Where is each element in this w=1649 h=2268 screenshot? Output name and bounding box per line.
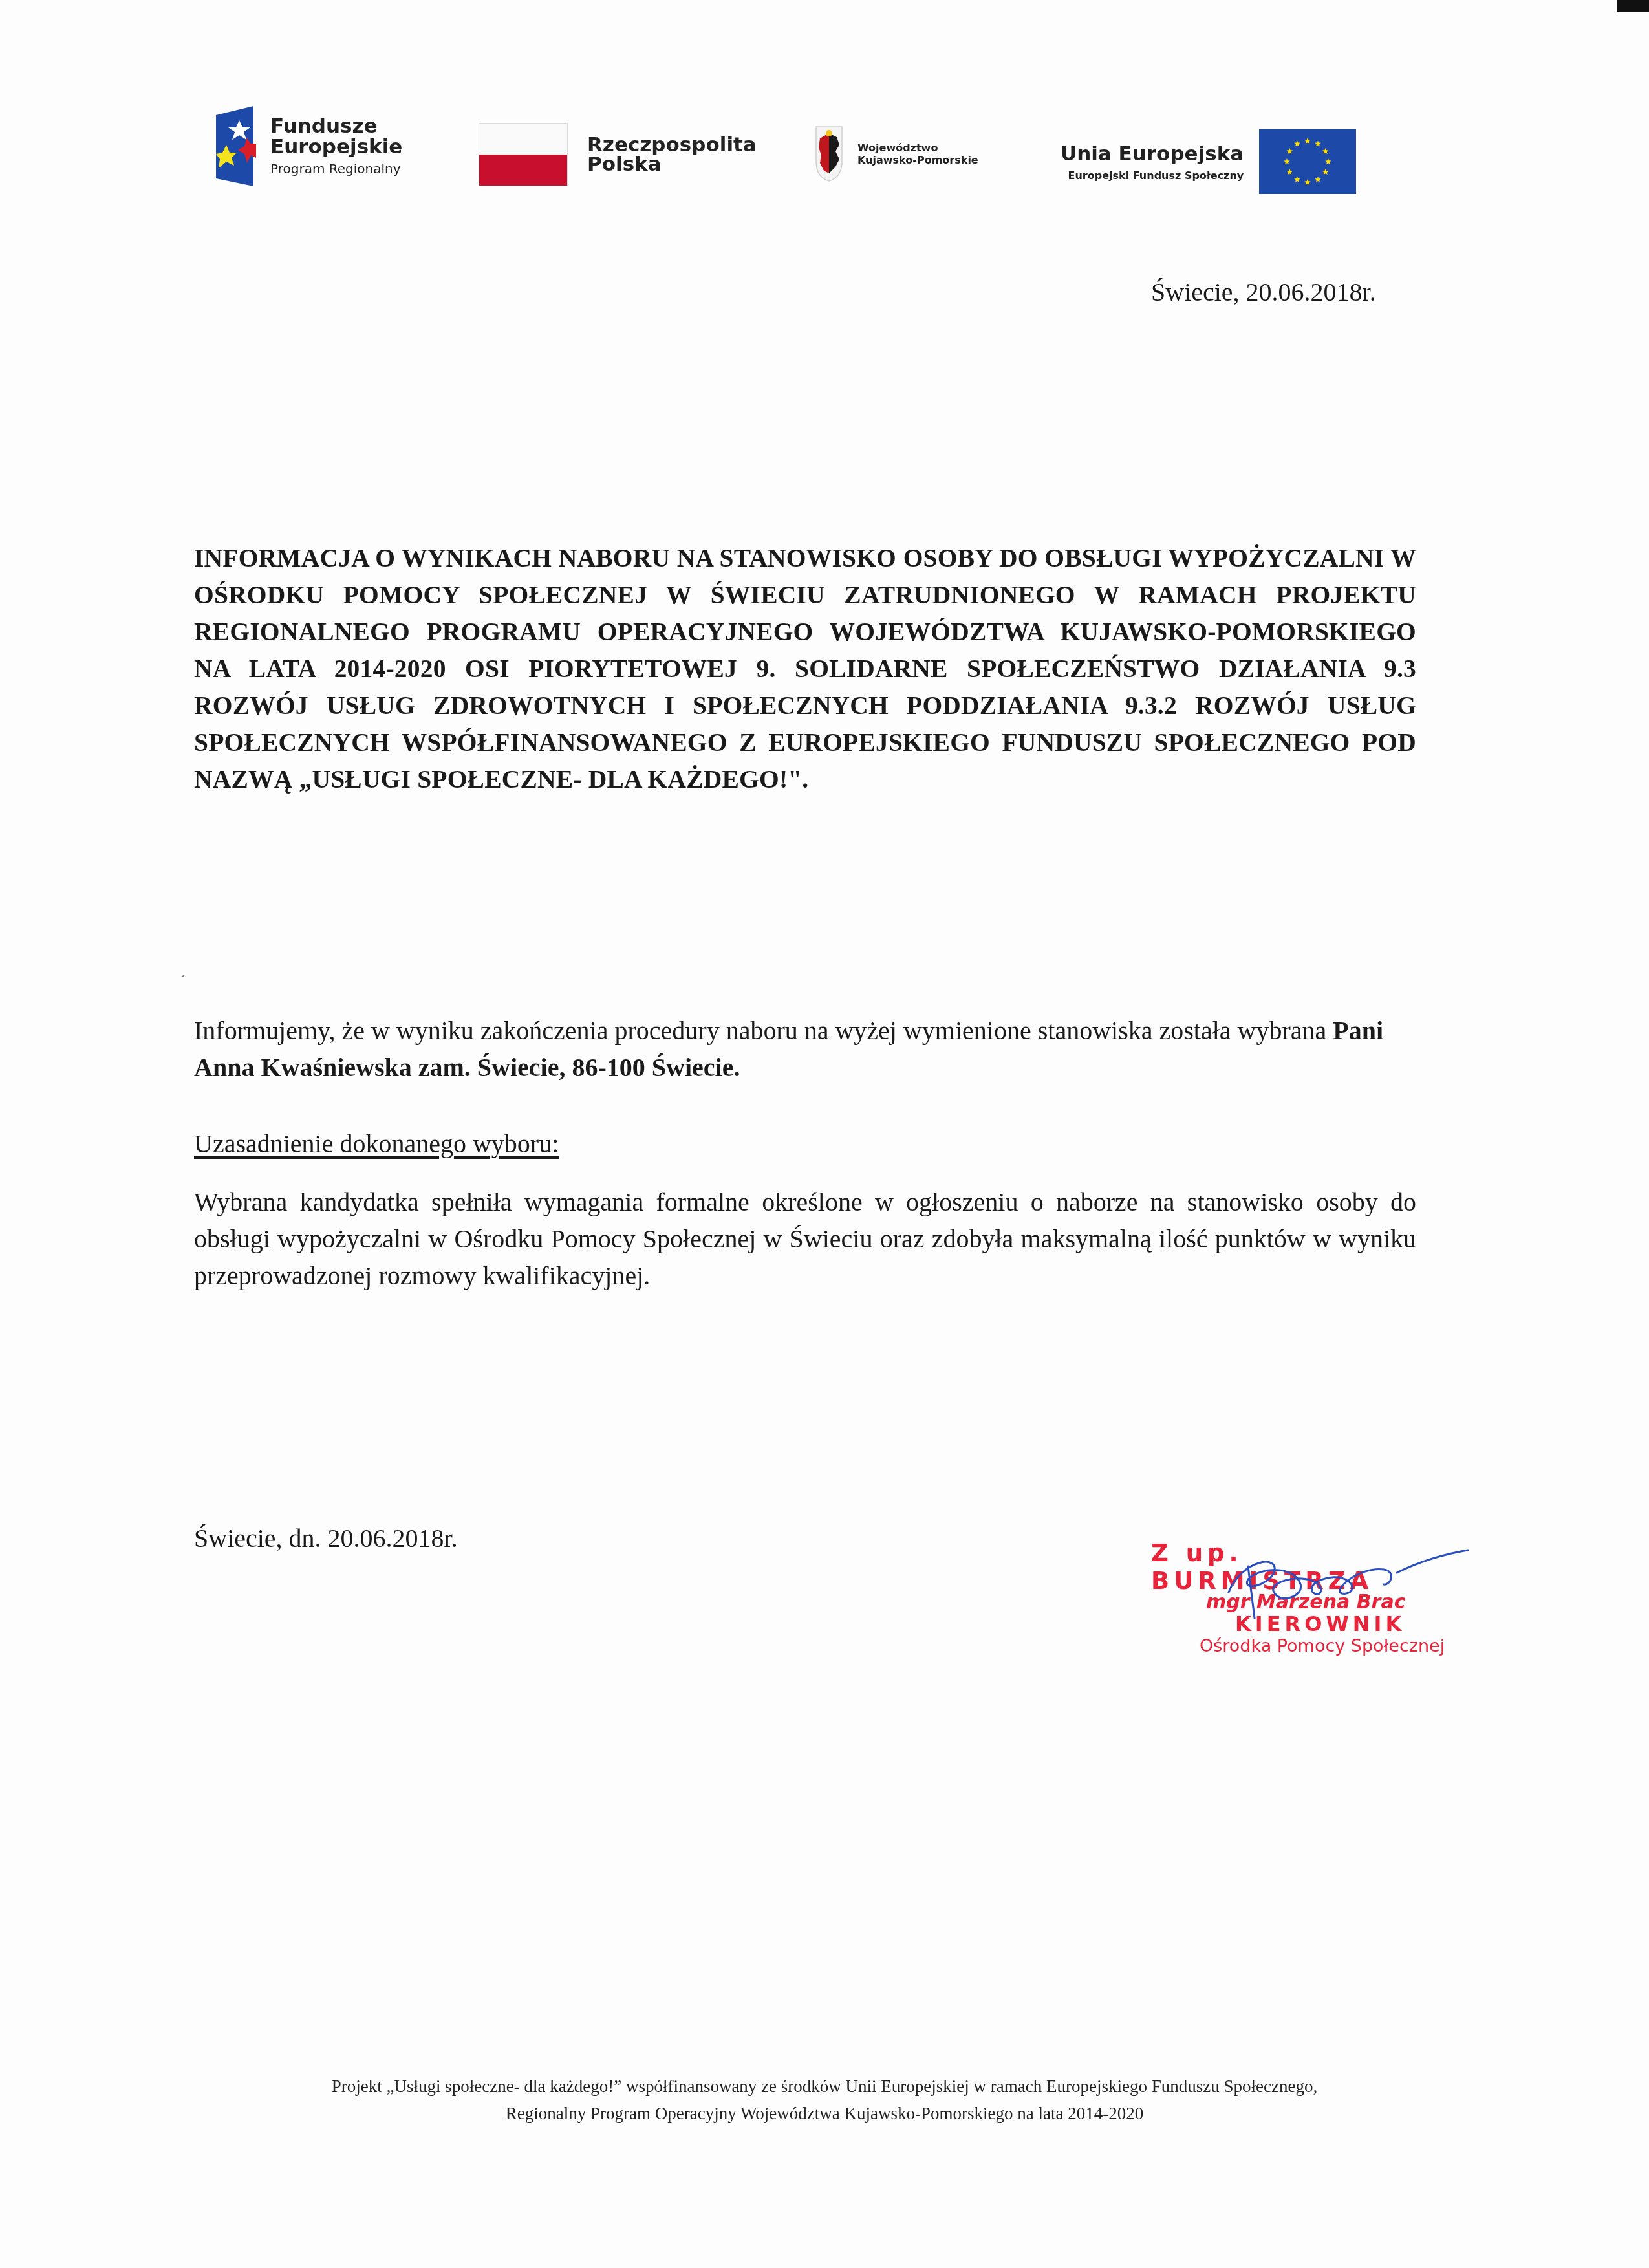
logo-ue-line1: Unia Europejska	[1061, 142, 1244, 166]
justification-heading: Uzasadnienie dokonanego wyboru:	[194, 1125, 1416, 1162]
project-footer: Projekt „Usługi społeczne- dla każdego!”…	[162, 2073, 1487, 2127]
scan-speck	[182, 975, 184, 977]
logo-rp-line1: Rzeczpospolita	[587, 135, 757, 155]
logo-rp-line2: Polska	[587, 155, 757, 174]
handwritten-signature-icon	[1203, 1547, 1474, 1625]
scan-edge-mark	[1617, 0, 1649, 12]
eu-flag-icon	[1259, 129, 1356, 194]
logo-unia-europejska: Unia Europejska Europejski Fundusz Społe…	[1061, 129, 1356, 194]
footer-line2: Regionalny Program Operacyjny Województw…	[162, 2100, 1487, 2127]
announcement-intro: Informujemy, że w wyniku zakończenia pro…	[194, 1016, 1333, 1045]
document-title: INFORMACJA O WYNIKACH NABORU NA STANOWIS…	[194, 540, 1416, 798]
stamp-line4: Ośrodka Pomocy Społecznej	[1200, 1636, 1445, 1656]
signature-date: Świecie, dn. 20.06.2018r.	[194, 1523, 458, 1553]
logo-wk-line2: Kujawsko-Pomorskie	[857, 154, 978, 166]
document-date: Świecie, 20.06.2018r.	[1151, 277, 1376, 307]
logo-bar: Fundusze Europejskie Program Regionalny …	[213, 103, 1403, 194]
logo-fundusze-europejskie: Fundusze Europejskie Program Regionalny	[213, 106, 402, 186]
polish-flag-icon	[479, 123, 568, 186]
announcement-paragraph: Informujemy, że w wyniku zakończenia pro…	[194, 1012, 1416, 1086]
justification-paragraph: Wybrana kandydatka spełniła wymagania fo…	[194, 1183, 1416, 1294]
official-stamp: Z up. BURMISTRZA mgr Marzena Brac KIEROW…	[1138, 1539, 1474, 1669]
logo-fe-line3: Program Regionalny	[270, 161, 402, 177]
footer-line1: Projekt „Usługi społeczne- dla każdego!”…	[162, 2073, 1487, 2100]
logo-ue-line2: Europejski Fundusz Społeczny	[1061, 169, 1244, 182]
fundusze-europejskie-stars-icon	[213, 106, 256, 186]
logo-wk-line1: Województwo	[857, 142, 978, 154]
logo-rzeczpospolita-polska: Rzeczpospolita Polska	[479, 123, 757, 186]
coat-of-arms-icon	[815, 125, 843, 182]
logo-wojewodztwo: Województwo Kujawsko-Pomorskie	[815, 125, 978, 182]
logo-fe-line1: Fundusze	[270, 116, 402, 136]
logo-fe-line2: Europejskie	[270, 136, 402, 157]
